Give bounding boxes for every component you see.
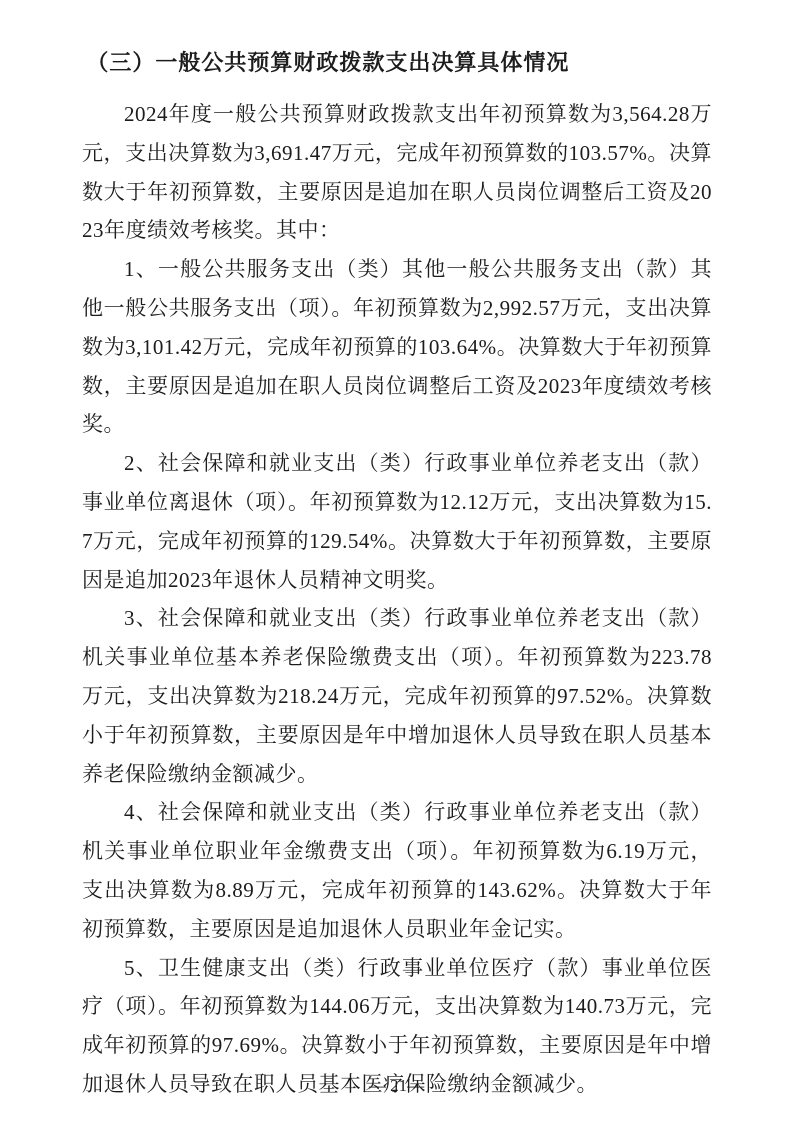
page-number: — 21— (0, 1076, 793, 1096)
paragraph-item-2: 2、社会保障和就业支出（类）行政事业单位养老支出（款）事业单位离退休（项）。年初… (82, 444, 712, 599)
paragraph-item-3: 3、社会保障和就业支出（类）行政事业单位养老支出（款）机关事业单位基本养老保险缴… (82, 599, 712, 793)
document-page: （三）一般公共预算财政拨款支出决算具体情况 2024年度一般公共预算财政拨款支出… (0, 0, 793, 1122)
paragraph-overview: 2024年度一般公共预算财政拨款支出年初预算数为3,564.28万元，支出决算数… (82, 95, 712, 250)
section-heading: （三）一般公共预算财政拨款支出决算具体情况 (82, 46, 712, 80)
paragraph-item-4: 4、社会保障和就业支出（类）行政事业单位养老支出（款）机关事业单位职业年金缴费支… (82, 793, 712, 948)
paragraph-item-1: 1、一般公共服务支出（类）其他一般公共服务支出（款）其他一般公共服务支出（项）。… (82, 250, 712, 444)
